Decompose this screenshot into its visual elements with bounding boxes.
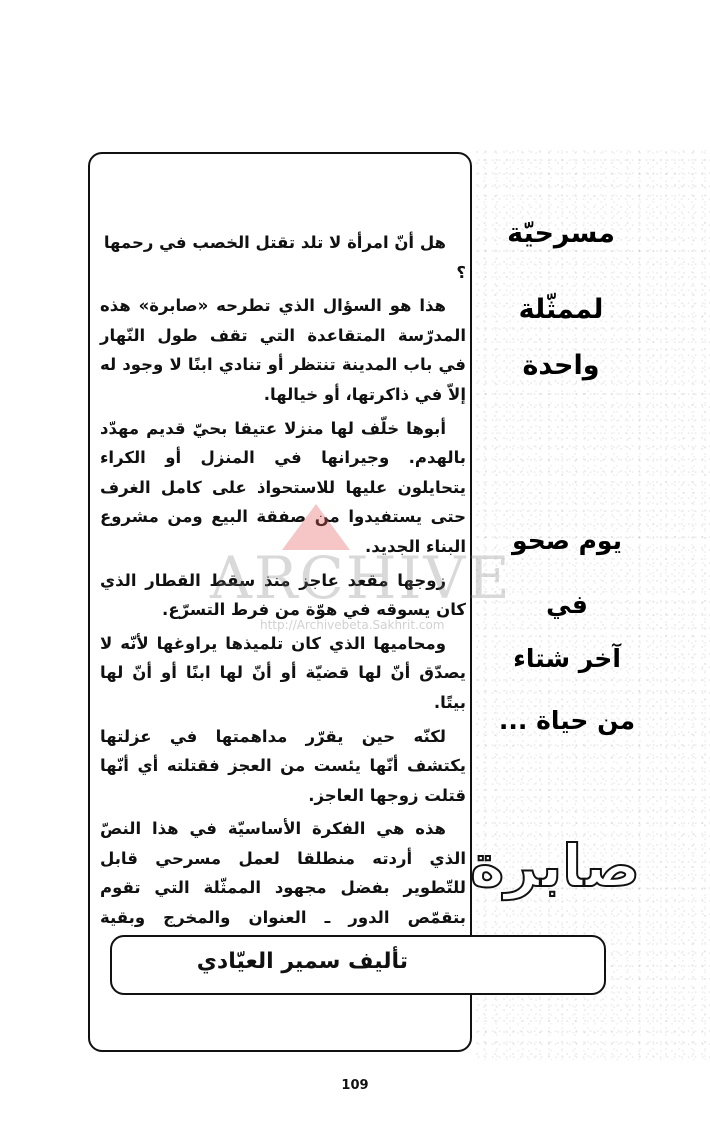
synopsis-text: هل أنّ امرأة لا تلد تقتل الخصب في رحمها … <box>100 228 466 966</box>
subtitle-line-2: في <box>492 590 642 619</box>
subtitle-line-3: آخر شتاء <box>492 644 642 673</box>
genre-title-line-1: مسرحيّة <box>496 218 626 249</box>
synopsis-paragraph: هل أنّ امرأة لا تلد تقتل الخصب في رحمها … <box>100 228 466 287</box>
genre-title-line-2: لممثّلة <box>496 294 626 325</box>
synopsis-paragraph: ومحاميها الذي كان تلميذها يراوغها لأنّه … <box>100 629 466 718</box>
genre-title-line-3: واحدة <box>496 350 626 381</box>
author-box: تأليف سمير العيّادي <box>110 935 606 995</box>
play-title: صابرة <box>490 832 640 900</box>
synopsis-paragraph: هذا هو السؤال الذي تطرحه «صابرة» هذه الم… <box>100 291 466 409</box>
synopsis-paragraph: أبوها خلّف لها منزلا عتيقا بحيّ قديم مهد… <box>100 414 466 562</box>
page-number: 109 <box>0 1078 710 1093</box>
synopsis-paragraph: لكنّه حين يقرّر مداهمتها في عزلتها يكتشف… <box>100 722 466 811</box>
subtitle-line-1: يوم صحو <box>492 526 642 555</box>
author-credit: تأليف سمير العيّادي <box>197 949 408 974</box>
synopsis-paragraph: زوجها مقعد عاجز منذ سقط القطار الذي كان … <box>100 566 466 625</box>
subtitle-line-4: من حياة ... <box>492 706 642 735</box>
